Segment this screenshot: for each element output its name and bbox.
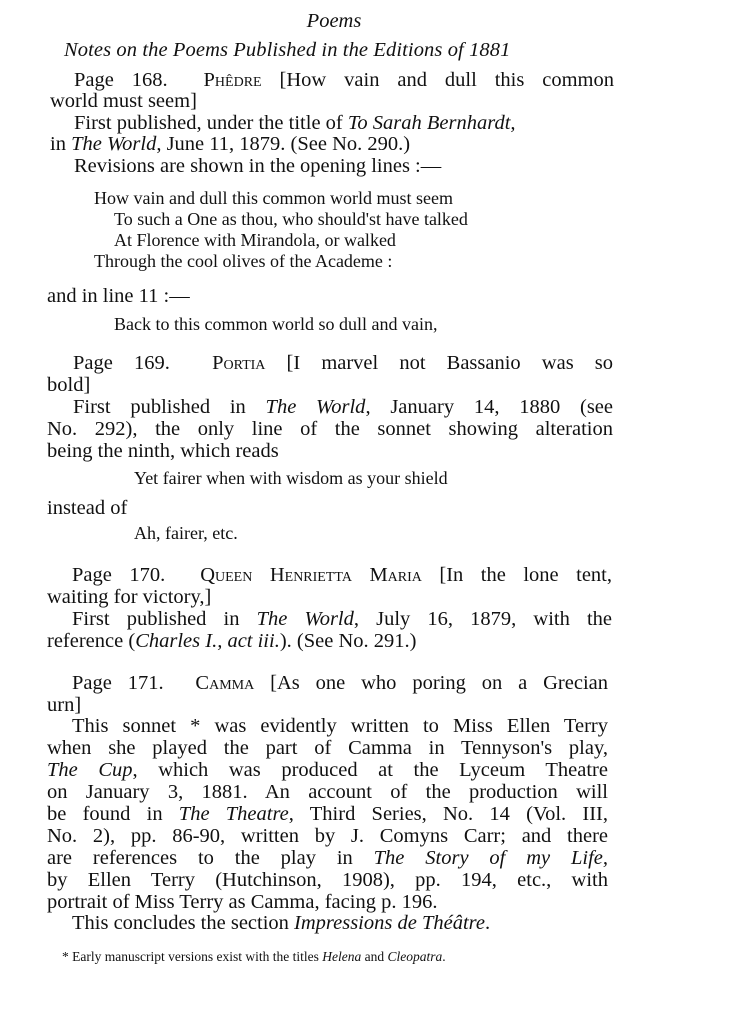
entry-171-body: on January 3, 1881. An account of the pr… <box>47 782 608 803</box>
entry-171-body: The Cup, which was produced at the Lyceu… <box>47 760 608 781</box>
entry-169-body: First published in The World, January 14… <box>73 397 613 418</box>
entry-170-heading-cont: waiting for victory,] <box>47 587 211 608</box>
entry-168-body: First published, under the title of To S… <box>74 113 516 134</box>
entry-168-heading: Page 168. Phêdre [How vain and dull this… <box>74 70 614 91</box>
quote-line: At Florence with Mirandola, or walked <box>114 231 396 249</box>
quote-line: Yet fairer when with wisdom as your shie… <box>134 469 448 487</box>
entry-168-body: Revisions are shown in the opening lines… <box>74 156 441 177</box>
footnote-marker: * <box>62 949 69 964</box>
entry-169-heading-cont: bold] <box>47 375 90 396</box>
entry-168-body: in The World, June 11, 1879. (See No. 29… <box>50 134 410 155</box>
quote-line: How vain and dull this common world must… <box>94 189 453 207</box>
entry-171-body: This concludes the section Impressions d… <box>72 913 490 934</box>
entry-171-heading-cont: urn] <box>47 695 81 716</box>
entry-168-heading-cont: world must seem] <box>50 91 197 112</box>
entry-170-body: First published in The World, July 16, 1… <box>72 609 612 630</box>
entry-171-body: portrait of Miss Terry as Camma, facing … <box>47 892 437 913</box>
entry-171-body: No. 2), pp. 86-90, written by J. Comyns … <box>47 826 608 847</box>
entry-169-body: instead of <box>47 498 127 519</box>
quote-line: To such a One as thou, who should'st hav… <box>114 210 468 228</box>
footnote: * Early manuscript versions exist with t… <box>62 950 446 964</box>
entry-171-body: are references to the play in The Story … <box>47 848 608 869</box>
entry-168-body: and in line 11 :— <box>47 286 190 307</box>
quote-line: Ah, fairer, etc. <box>134 524 238 542</box>
entry-170-body: reference (Charles I., act iii.). (See N… <box>47 631 416 652</box>
section-title: Notes on the Poems Published in the Edit… <box>64 40 612 61</box>
entry-170-heading: Page 170. Queen Henrietta Maria [In the … <box>72 565 612 586</box>
entry-171-body: be found in The Theatre, Third Series, N… <box>47 804 608 825</box>
entry-169-body: No. 292), the only line of the sonnet sh… <box>47 419 613 440</box>
entry-169-body: being the ninth, which reads <box>47 441 279 462</box>
entry-169-heading: Page 169. Portia [I marvel not Bassanio … <box>73 353 613 374</box>
quote-line: Through the cool olives of the Academe : <box>94 252 392 270</box>
quote-line: Back to this common world so dull and va… <box>114 315 437 333</box>
entry-171-body: This sonnet * was evidently written to M… <box>72 716 608 737</box>
entry-171-heading: Page 171. Camma [As one who poring on a … <box>72 673 608 694</box>
entry-171-body: by Ellen Terry (Hutchinson, 1908), pp. 1… <box>47 870 608 891</box>
running-title: Poems <box>0 11 668 32</box>
entry-171-body: when she played the part of Camma in Ten… <box>47 738 608 759</box>
